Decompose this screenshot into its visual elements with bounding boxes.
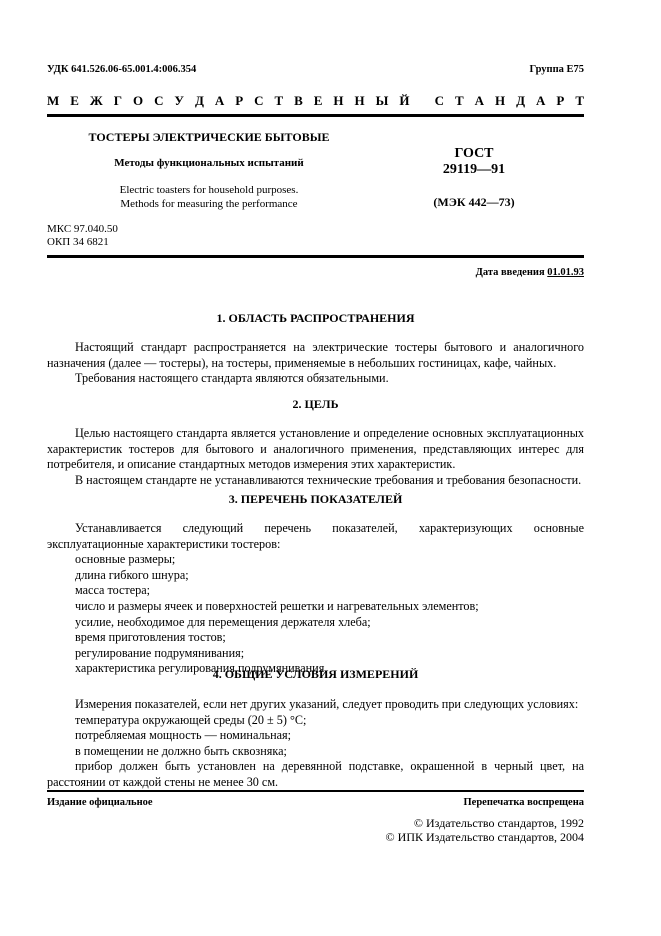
iec-reference: (МЭК 442—73) bbox=[420, 195, 528, 210]
list-item: масса тостера; bbox=[47, 583, 584, 599]
banner-letter: Р bbox=[235, 93, 243, 109]
banner-letter: Р bbox=[556, 93, 564, 109]
banner-letter: Т bbox=[575, 93, 584, 109]
banner-letter: Н bbox=[333, 93, 343, 109]
banner-letter: Д bbox=[516, 93, 525, 109]
section-3-body: Устанавливается следующий перечень показ… bbox=[47, 521, 584, 677]
banner-letter: М bbox=[47, 93, 59, 109]
list-item: длина гибкого шнура; bbox=[47, 568, 584, 584]
footer-rule bbox=[47, 790, 584, 792]
introduction-date: Дата введения 01.01.93 bbox=[476, 267, 584, 278]
mks-code: МКС 97.040.50 bbox=[47, 223, 118, 235]
section-2-paragraph-1: Целью настоящего стандарта является уста… bbox=[47, 426, 584, 473]
banner-letter: Й bbox=[399, 93, 409, 109]
official-edition-label: Издание официальное bbox=[47, 797, 153, 808]
section-4-heading: 4. ОБЩИЕ УСЛОВИЯ ИЗМЕРЕНИЙ bbox=[47, 667, 584, 682]
list-item: в помещении не должно быть сквозняка; bbox=[47, 744, 584, 760]
list-item: регулирование подрумянивания; bbox=[47, 646, 584, 662]
section-4-closing: прибор должен быть установлен на деревян… bbox=[47, 759, 584, 790]
section-1-heading: 1. ОБЛАСТЬ РАСПРОСТРАНЕНИЯ bbox=[47, 311, 584, 326]
document-subtitle: Методы функциональных испытаний bbox=[47, 157, 371, 169]
banner-letter: В bbox=[294, 93, 303, 109]
section-2-heading: 2. ЦЕЛЬ bbox=[47, 397, 584, 412]
banner-letter: А bbox=[475, 93, 484, 109]
banner-letter: С bbox=[435, 93, 444, 109]
list-item: температура окружающей среды (20 ± 5) °С… bbox=[47, 713, 584, 729]
list-item: время приготовления тостов; bbox=[47, 630, 584, 646]
introduction-date-value: 01.01.93 bbox=[547, 267, 584, 278]
group-code: Группа Е75 bbox=[530, 64, 584, 75]
title-rule bbox=[47, 255, 584, 258]
udk-code: УДК 641.526.06-65.001.4:006.354 bbox=[47, 64, 196, 75]
banner-letter: Т bbox=[455, 93, 464, 109]
banner-letter bbox=[420, 93, 423, 109]
banner-letter: О bbox=[133, 93, 143, 109]
banner-letter: Е bbox=[70, 93, 79, 109]
list-item: основные размеры; bbox=[47, 552, 584, 568]
banner-letter: А bbox=[536, 93, 545, 109]
section-1-paragraph-1: Настоящий стандарт распространяется на э… bbox=[47, 340, 584, 371]
banner-letter: Н bbox=[495, 93, 505, 109]
section-3-heading: 3. ПЕРЕЧЕНЬ ПОКАЗАТЕЛЕЙ bbox=[47, 492, 584, 507]
list-item: число и размеры ячеек и поверхностей реш… bbox=[47, 599, 584, 615]
section-2-paragraph-2: В настоящем стандарте не устанавливаются… bbox=[47, 473, 584, 489]
reprint-prohibited-label: Перепечатка воспрещена bbox=[464, 797, 584, 808]
conditions-list: температура окружающей среды (20 ± 5) °С… bbox=[47, 713, 584, 760]
banner-letter: У bbox=[174, 93, 184, 109]
banner-letter: Е bbox=[314, 93, 323, 109]
english-title-line2: Methods for measuring the performance bbox=[47, 198, 371, 210]
banner-letter: С bbox=[154, 93, 163, 109]
list-item: потребляемая мощность — номинальная; bbox=[47, 728, 584, 744]
interstate-standard-banner: МЕЖГОСУДАРСТВЕННЫЙ СТАНДАРТ bbox=[47, 93, 584, 109]
gost-number: 29119—91 bbox=[420, 162, 528, 178]
banner-letter: Д bbox=[195, 93, 204, 109]
section-2-body: Целью настоящего стандарта является уста… bbox=[47, 426, 584, 488]
english-title-line1: Electric toasters for household purposes… bbox=[47, 184, 371, 196]
section-4-body: Измерения показателей, если нет других у… bbox=[47, 697, 584, 791]
okp-code: ОКП 34 6821 bbox=[47, 236, 109, 248]
section-3-paragraph-1: Устанавливается следующий перечень показ… bbox=[47, 521, 584, 552]
copyright-line-2: © ИПК Издательство стандартов, 2004 bbox=[386, 830, 584, 845]
banner-letter: Г bbox=[114, 93, 122, 109]
section-4-paragraph-1: Измерения показателей, если нет других у… bbox=[47, 697, 584, 713]
banner-letter: Ж bbox=[90, 93, 103, 109]
indicator-list: основные размеры;длина гибкого шнура;мас… bbox=[47, 552, 584, 677]
section-1-paragraph-2: Требования настоящего стандарта являются… bbox=[47, 371, 584, 387]
banner-letter: Н bbox=[355, 93, 365, 109]
banner-letter: С bbox=[254, 93, 263, 109]
copyright-line-1: © Издательство стандартов, 1992 bbox=[414, 816, 584, 831]
section-1-body: Настоящий стандарт распространяется на э… bbox=[47, 340, 584, 387]
introduction-date-label: Дата введения bbox=[476, 267, 548, 278]
gost-label: ГОСТ bbox=[420, 146, 528, 162]
banner-letter: А bbox=[215, 93, 224, 109]
banner-letter: Ы bbox=[376, 93, 389, 109]
document-title: ТОСТЕРЫ ЭЛЕКТРИЧЕСКИЕ БЫТОВЫЕ bbox=[47, 130, 371, 145]
header-rule bbox=[47, 114, 584, 117]
list-item: усилие, необходимое для перемещения держ… bbox=[47, 615, 584, 631]
banner-letter: Т bbox=[275, 93, 284, 109]
